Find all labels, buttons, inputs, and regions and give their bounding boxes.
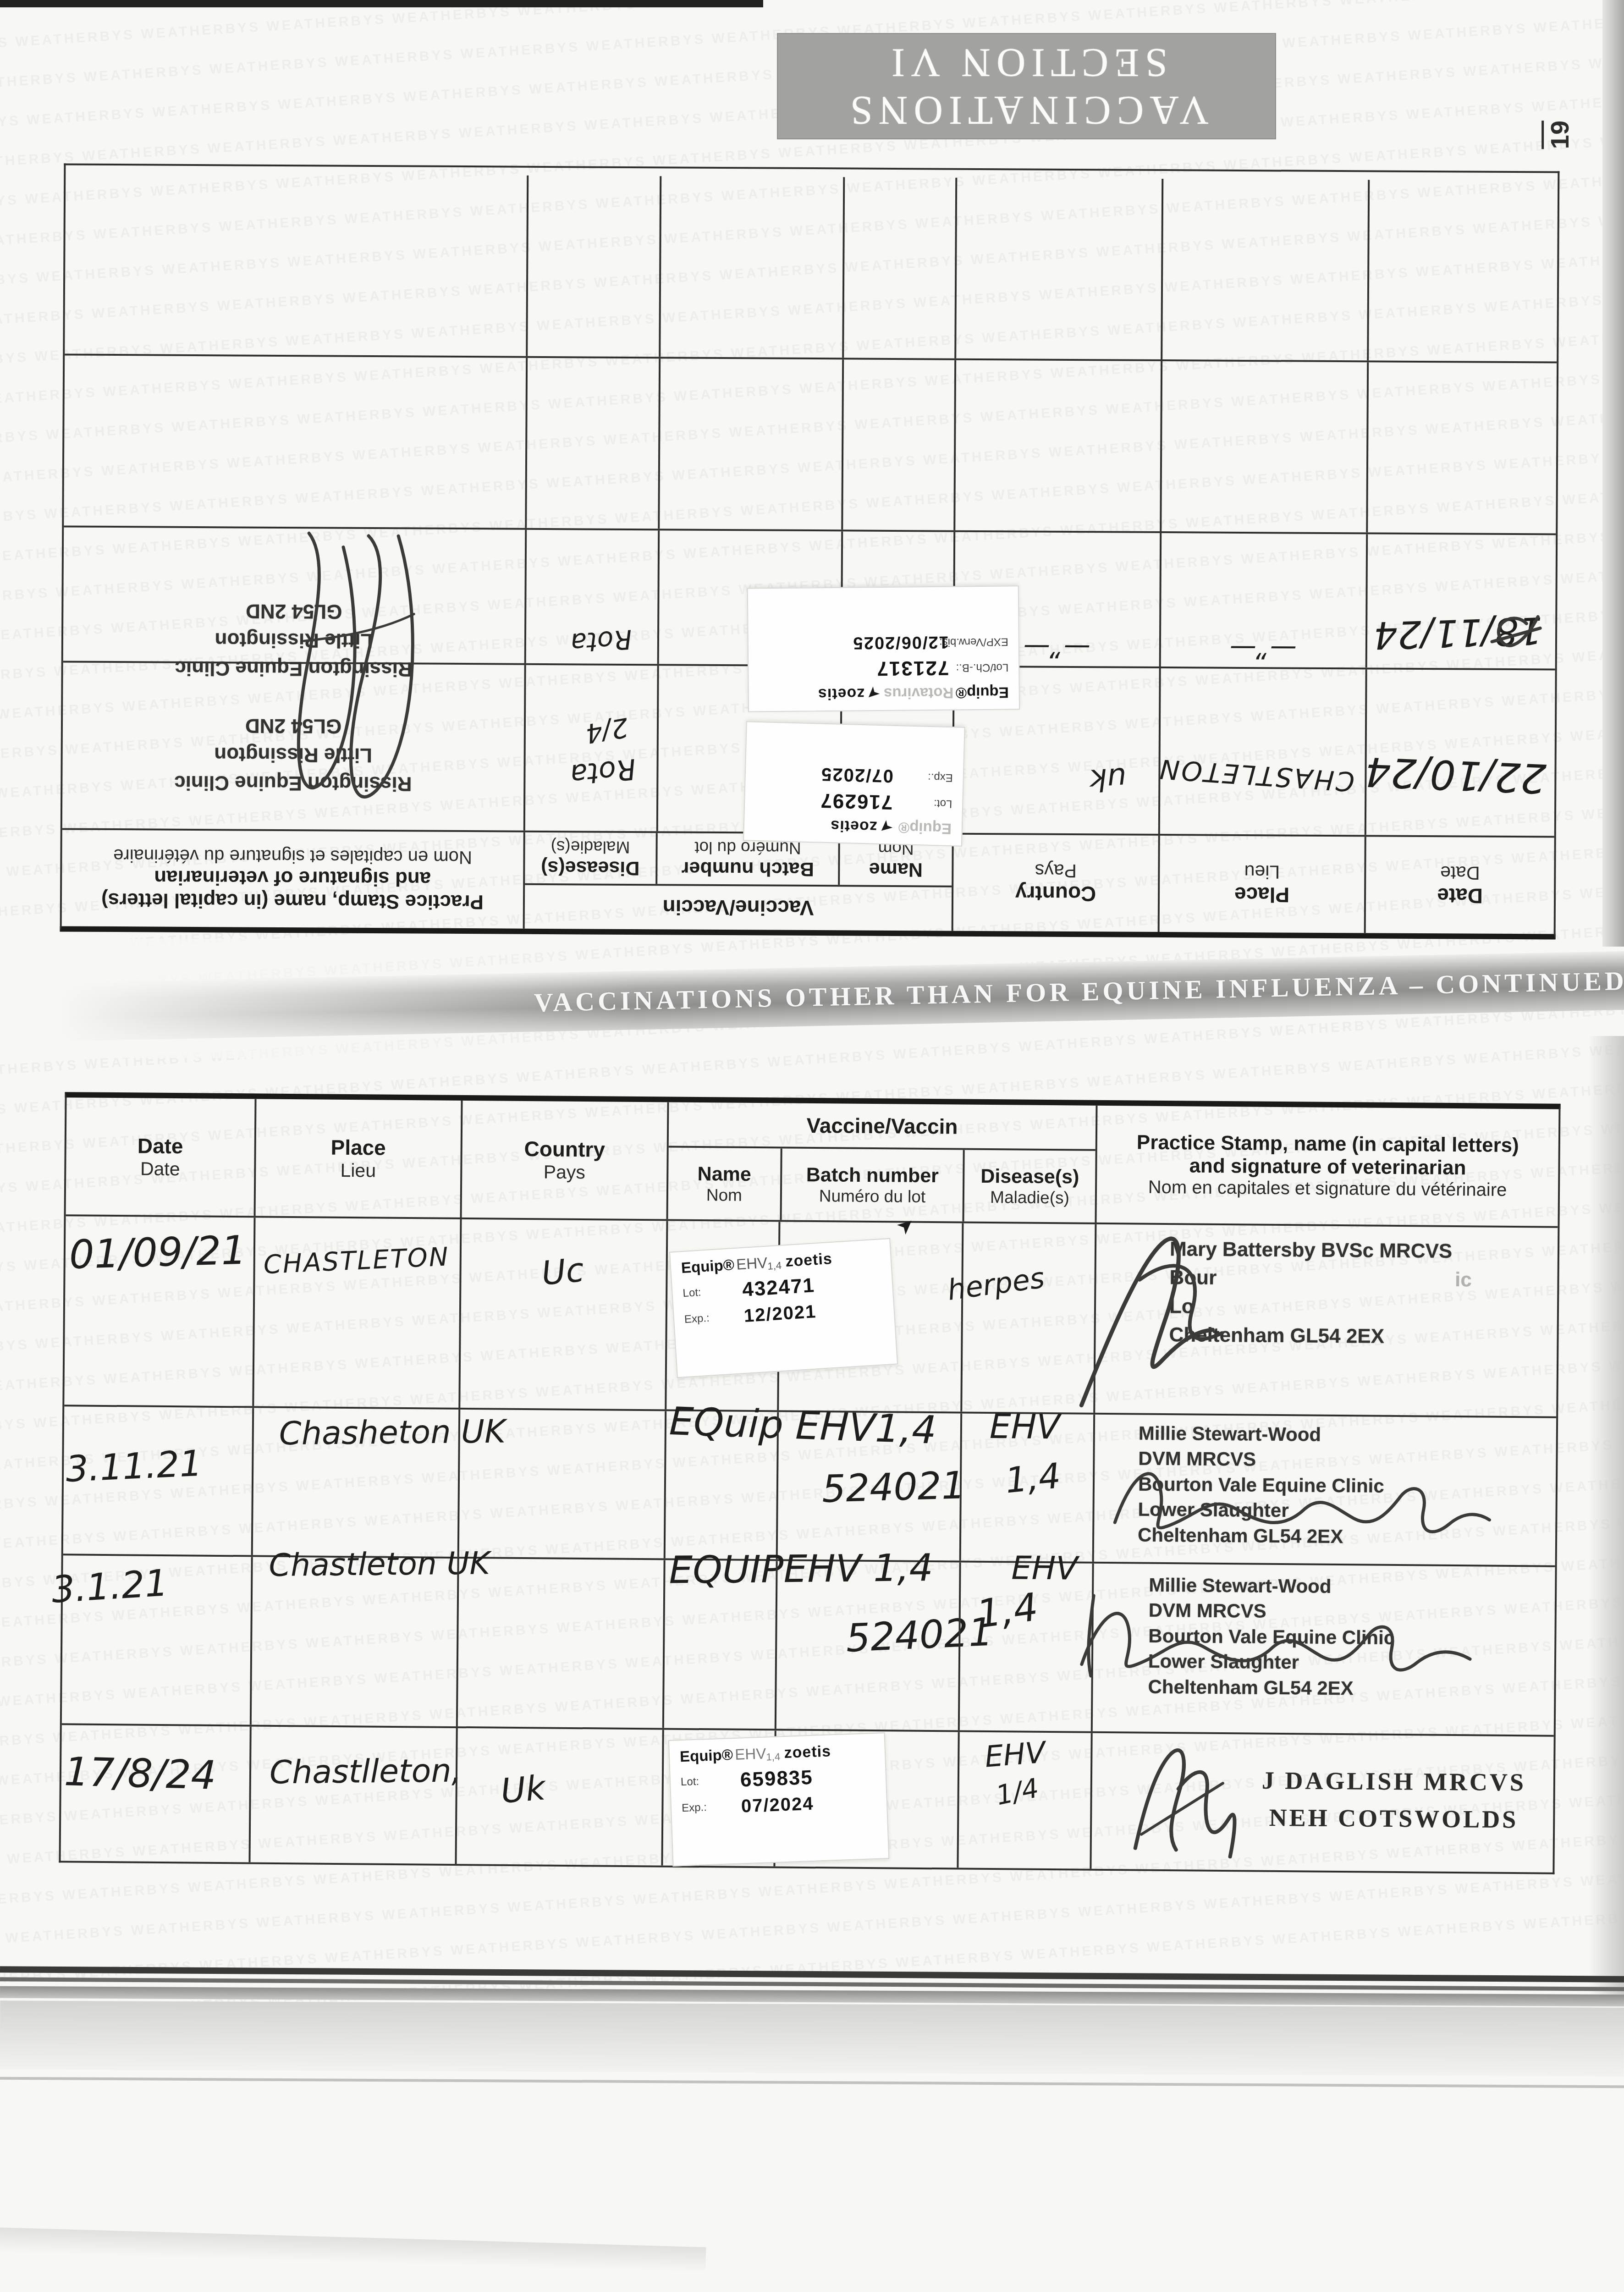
row4-vaccine-name: Equip® EHV1,4 zoetis Lot: 659835 Exp.: 0…: [661, 1730, 774, 1866]
row2-batch: 524021: [776, 1412, 961, 1560]
header-disease: Disease(s)Maladie(s): [963, 1150, 1096, 1223]
date-scribble: [1483, 605, 1547, 661]
sticker-brand: Equip®: [898, 819, 952, 837]
header-place: PlaceLieu: [254, 1099, 461, 1218]
hw-ditto: —”—: [1024, 632, 1090, 664]
top-row2-date: 18/11/24: [1367, 534, 1556, 668]
zoetis-logo: zoetis: [785, 1250, 833, 1270]
section-banner-text: VACCINATIONS SECTION VI: [844, 39, 1209, 134]
vet-signature-scrawl: [275, 526, 442, 811]
header-batch: Batch numberNuméro du lot: [780, 1148, 963, 1221]
zoetis-logo: zoetis: [784, 1742, 831, 1762]
zoetis-logo: zoetis: [830, 817, 877, 836]
signature-scrawl: [1108, 1440, 1503, 1544]
row3-country: [456, 1559, 664, 1728]
table-row: 3.1.21 Chastleton UK EQUIPEHV 1,4 524021…: [62, 1554, 1555, 1735]
header-vaccine-group: Vaccine/Vaccin NameNom Batch numberNumér…: [525, 832, 954, 931]
row1-stamp: Mary Battersby BVSc MRCVS Bouric Lo Chel…: [1093, 1224, 1558, 1416]
hw-country: Uk: [499, 1768, 547, 1811]
hw-disease: Rota: [569, 752, 638, 792]
hw-date: 17/8/24: [64, 1749, 217, 1798]
bottom-vaccination-table: DateDate PlaceLieu CountryPays Vaccine/V…: [59, 1092, 1560, 1874]
hw-country: Uc: [540, 1250, 586, 1293]
top-vaccination-table: DateDate PlaceLieu CountryPays Vaccine/V…: [60, 163, 1560, 939]
hw-place: Chastlleton,: [270, 1752, 462, 1791]
header-date: DateDate: [1366, 837, 1554, 934]
row2-disease: EHV 1,4: [959, 1414, 1094, 1562]
row1-vaccine-name: Equip® EHV1,4 zoetis Lot: 432471 Exp.: 1…: [665, 1221, 778, 1410]
vaccine-sticker-ehv-659835: Equip® EHV1,4 zoetis Lot: 659835 Exp.: 0…: [668, 1732, 890, 1867]
page-curl-shadow: [0, 2000, 1624, 2076]
row4-disease: EHV 1/4: [957, 1732, 1090, 1869]
fold-banner: VACCINATIONS OTHER THAN FOR EQUINE INFLU…: [0, 939, 1624, 1058]
section-banner: VACCINATIONS SECTION VI: [777, 33, 1276, 139]
hw-place: CHASTLETON: [1157, 753, 1355, 797]
hw-disease2: 1,4: [974, 1584, 1040, 1637]
daglish-stamp: J DAGLISH MRCVS NEH COTSWOLDS: [1261, 1762, 1526, 1839]
header-stamp: Practice Stamp, name (in capital letters…: [62, 830, 525, 928]
row2-vaccine-name: EQuip EHV1,4: [664, 1411, 777, 1559]
header-place: PlaceLieu: [1160, 836, 1366, 933]
top-table-header-row: DateDate PlaceLieu CountryPays Vaccine/V…: [62, 830, 1554, 934]
scanned-passport-page: WEATHERBYS WEATHERBYS WEATHERBYS WEATHER…: [0, 0, 1624, 2292]
top-row1-disease: Rota 2/4: [525, 665, 659, 832]
scan-edge-top: [0, 0, 763, 7]
row4-stamp: J DAGLISH MRCVS NEH COTSWOLDS: [1090, 1733, 1553, 1873]
hw-ditto: —”—: [1230, 634, 1297, 665]
row2-country: [457, 1410, 665, 1559]
top-row1-date: 22/10/24: [1366, 669, 1555, 836]
header-country: CountryPays: [460, 1101, 667, 1219]
top-row1-place: CHASTLETON: [1160, 668, 1367, 835]
header-country: CountryPays: [953, 835, 1160, 932]
row2-date: 3.11.21: [63, 1406, 253, 1555]
zoetis-arrow-icon: ➤: [862, 683, 884, 705]
sticker-brand: Equip®: [679, 1746, 733, 1765]
row1-date: 01/09/21: [64, 1216, 253, 1406]
vaccine-sticker-equip-716297: Equip® ➤ zoetis Lot: 716297 Exp.: 07/202…: [743, 721, 965, 846]
zoetis-logo: zoetis: [818, 685, 865, 703]
row4-country: Uk: [455, 1728, 662, 1866]
header-vaccine-group: Vaccine/Vaccin NameNom Batch numberNumér…: [666, 1102, 1096, 1223]
top-row2-vaccine-name: Equip® Rotavirus ➤ zoetis Lot/Ch.-B.: 72…: [842, 531, 956, 665]
hw-date: 22/10/24: [1364, 748, 1547, 802]
hw-disease: EHV: [984, 1736, 1047, 1774]
top-table-empty-row-2: [65, 173, 1558, 363]
hw-disease2: 1,4: [1003, 1455, 1062, 1501]
table-row: 17/8/24 Chastlleton, Uk Equip® EHV1,4 zo…: [61, 1723, 1553, 1873]
signature-scrawl: [1075, 1577, 1488, 1686]
row3-place: Chastleton UK: [250, 1557, 457, 1726]
header-date: DateDate: [66, 1097, 255, 1216]
vaccine-sticker-ehv-432471: Equip® EHV1,4 zoetis Lot: 432471 Exp.: 1…: [669, 1238, 898, 1378]
hw-disease2: 1/4: [993, 1772, 1041, 1811]
vaccine-sticker-rotavirus-721317: Equip® Rotavirus ➤ zoetis Lot/Ch.-B.: 72…: [747, 585, 1020, 712]
top-row2-place: —”—: [1161, 533, 1368, 667]
hw-place: CHASTLETON: [263, 1242, 451, 1280]
header-vaccine-name: NameNom: [668, 1148, 781, 1220]
row3-batch: 524021: [775, 1561, 959, 1730]
row1-place: CHASTLETON: [252, 1218, 460, 1408]
sticker-brand: Equip®: [681, 1256, 735, 1276]
hw-disease2: 2/4: [584, 711, 631, 749]
top-table-empty-row-1: [64, 355, 1557, 535]
hw-date: 3.1.21: [50, 1561, 170, 1611]
hw-batch: 524021: [821, 1464, 966, 1511]
scan-edge-right-top: [1602, 0, 1624, 947]
page-number: 19: [1544, 118, 1594, 178]
row2-place: Chasheton UK: [251, 1408, 459, 1557]
header-stamp: Practice Stamp, name (in capital letters…: [1095, 1106, 1558, 1226]
signature-scrawl: [1119, 1740, 1258, 1860]
hw-date: 01/09/21: [69, 1228, 247, 1278]
signature-scrawl: [1070, 1224, 1264, 1418]
scan-edge-right-bottom: [1589, 1036, 1624, 1999]
row3-vaccine-name: EQUIPEHV 1,4: [662, 1560, 776, 1729]
header-disease: Disease(s)Maladie(s): [525, 832, 657, 884]
hw-disease: EHV: [1011, 1549, 1078, 1587]
table-row: 01/09/21 CHASTLETON Uc Equip® EHV1,4 zoe…: [64, 1214, 1558, 1416]
bottom-table-header-row: DateDate PlaceLieu CountryPays Vaccine/V…: [66, 1097, 1559, 1226]
top-row2-disease: Rota: [526, 530, 660, 664]
row4-date: 17/8/24: [61, 1725, 249, 1862]
row3-disease: EHV 1,4: [958, 1563, 1092, 1731]
row2-stamp: Millie Stewart-Wood DVM MRCVS Bourton Va…: [1092, 1415, 1556, 1565]
row3-date: 3.1.21: [62, 1555, 251, 1725]
row4-place: Chastlleton,: [248, 1726, 456, 1864]
hw-disease: Rota: [570, 623, 633, 659]
hw-country: uk: [1089, 760, 1128, 798]
row1-country: Uc: [458, 1219, 666, 1410]
table-row: 3.11.21 Chasheton UK EQuip EHV1,4 524021…: [63, 1405, 1556, 1565]
hw-disease: EHV: [990, 1407, 1060, 1447]
zoetis-arrow-icon: ➤: [875, 816, 897, 838]
row3-stamp: Millie Stewart-Wood DVM MRCVS Bourton Va…: [1091, 1564, 1555, 1735]
sticker-brand: Equip®: [956, 684, 1009, 701]
bottom-left-streak: [0, 2227, 706, 2273]
fold-banner-text: VACCINATIONS OTHER THAN FOR EQUINE INFLU…: [534, 964, 1624, 1018]
sticker-product: Rotavirus: [884, 685, 954, 702]
hw-date: 3.11.21: [65, 1443, 203, 1490]
